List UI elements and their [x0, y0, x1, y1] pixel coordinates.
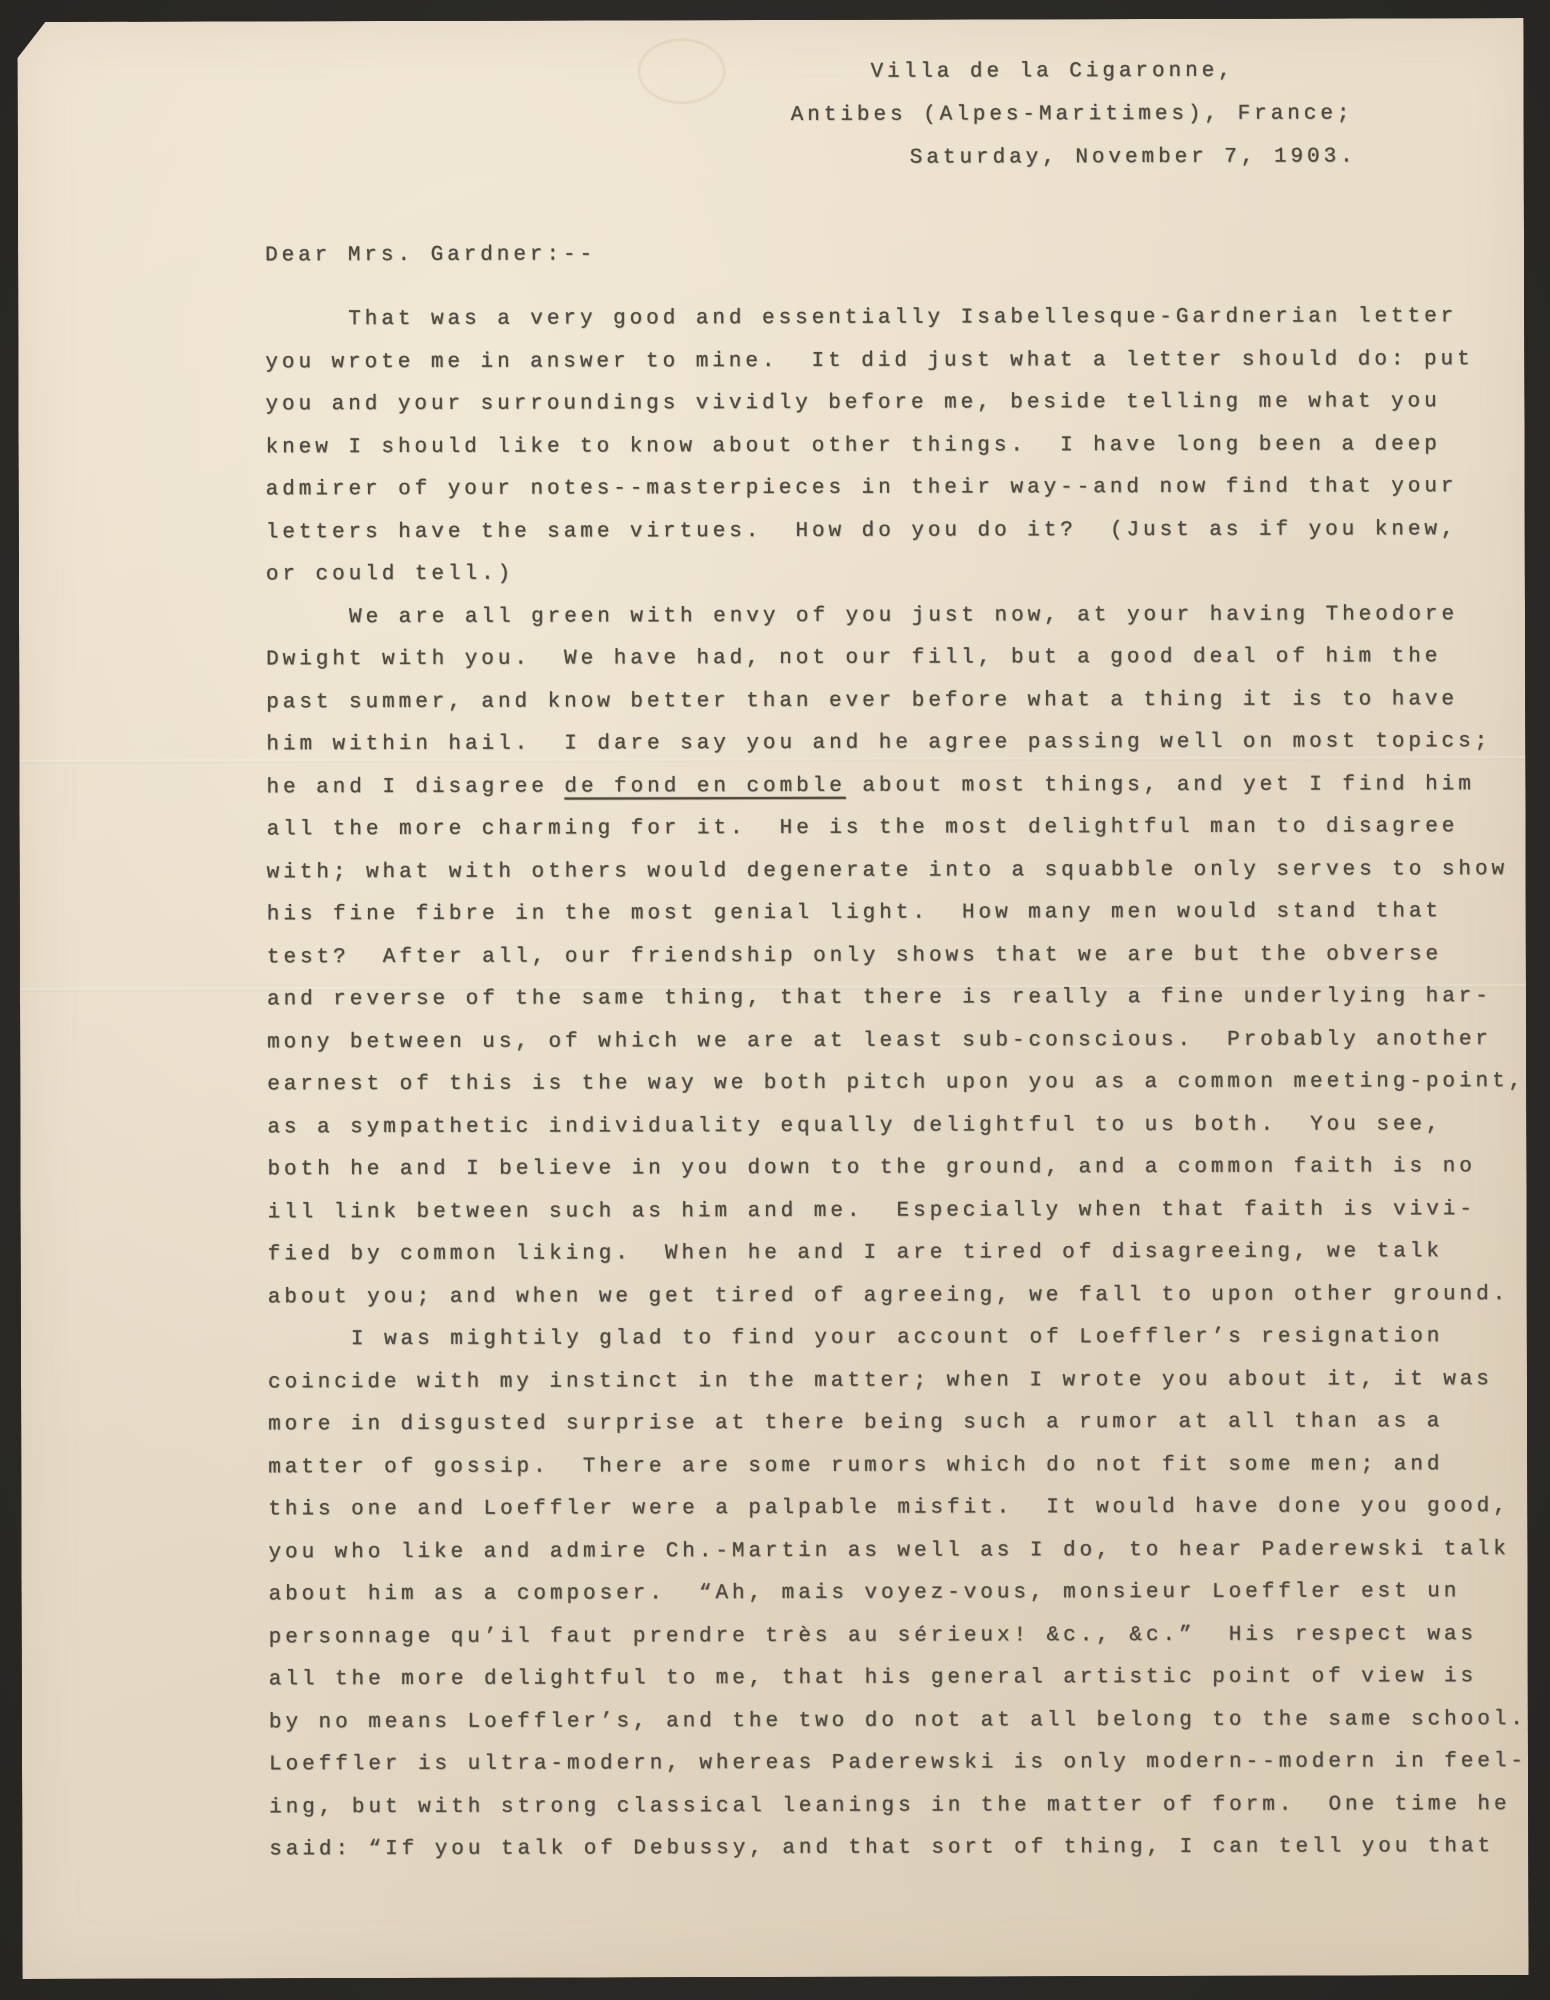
heading-villa: Villa de la Cigaronne,: [871, 51, 1235, 94]
letter-line: ing, but with strong classical leanings …: [269, 1784, 1527, 1830]
paper-stain: [637, 38, 725, 104]
letter-line: said: “If you talk of Debussy, and that …: [269, 1826, 1527, 1872]
photo-backdrop: Villa de la Cigaronne, Antibes (Alpes-Ma…: [0, 0, 1550, 2000]
letter-line: matter of gossip. There are some rumors …: [268, 1444, 1526, 1490]
letter-line: about you; and when we get tired of agre…: [268, 1274, 1526, 1320]
letter-line: past summer, and know better than ever b…: [266, 679, 1524, 725]
letter-line: test? After all, our friendship only sho…: [267, 934, 1525, 980]
letter-line: admirer of your notes--masterpieces in t…: [266, 466, 1524, 512]
letter-line: or could tell.): [266, 551, 1524, 597]
letter-line: coincide with my instinct in the matter;…: [268, 1359, 1526, 1405]
letter-line: by no means Loeffler’s, and the two do n…: [269, 1699, 1527, 1745]
letter-line: earnest of this is the way we both pitch…: [267, 1061, 1525, 1107]
letter-line: he and I disagree de fond en comble abou…: [266, 764, 1524, 810]
letter-line: with; what with others would degenerate …: [267, 849, 1525, 895]
letter-line: personnage qu’il faut prendre très au sé…: [269, 1614, 1527, 1660]
letter-line: ill link between such as him and me. Esp…: [268, 1189, 1526, 1235]
letter-line: all the more charming for it. He is the …: [267, 806, 1525, 852]
letter-line: you wrote me in answer to mine. It did j…: [265, 339, 1523, 385]
heading-date: Saturday, November 7, 1903.: [910, 136, 1357, 180]
letter-line: his fine fibre in the most genial light.…: [267, 891, 1525, 937]
letter-line: this one and Loeffler were a palpable mi…: [268, 1486, 1526, 1532]
letter-line: Loeffler is ultra-modern, whereas Padere…: [269, 1741, 1527, 1787]
letter-line: all the more delightful to me, that his …: [269, 1656, 1527, 1702]
letter-page: Villa de la Cigaronne, Antibes (Alpes-Ma…: [17, 18, 1528, 1979]
underlined-phrase: de fond en comble: [564, 774, 845, 798]
letter-line: fied by common liking. When he and I are…: [268, 1231, 1526, 1277]
letter-body: That was a very good and essentially Isa…: [265, 296, 1527, 1872]
letter-line: That was a very good and essentially Isa…: [265, 296, 1523, 342]
letter-line: as a sympathetic individuality equally d…: [267, 1104, 1525, 1150]
letter-line: you who like and admire Ch.-Martin as we…: [268, 1529, 1526, 1575]
salutation: Dear Mrs. Gardner:--: [265, 234, 596, 277]
letter-line: about him as a composer. “Ah, mais voyez…: [269, 1571, 1527, 1617]
letter-line: We are all green with envy of you just n…: [266, 594, 1524, 640]
letter-line: more in disgusted surprise at there bein…: [268, 1401, 1526, 1447]
letter-line: Dwight with you. We have had, not our fi…: [266, 636, 1524, 682]
letter-line: letters have the same virtues. How do yo…: [266, 509, 1524, 555]
letter-line: mony between us, of which we are at leas…: [267, 1019, 1525, 1065]
letter-line: knew I should like to know about other t…: [266, 424, 1524, 470]
letter-line: both he and I believe in you down to the…: [267, 1146, 1525, 1192]
letter-line: him within hail. I dare say you and he a…: [266, 721, 1524, 767]
letter-line: and reverse of the same thing, that ther…: [267, 976, 1525, 1022]
heading-address: Antibes (Alpes-Maritimes), France;: [791, 93, 1354, 137]
letter-line: you and your surroundings vividly before…: [265, 381, 1523, 427]
letter-line: I was mightily glad to find your account…: [268, 1316, 1526, 1362]
